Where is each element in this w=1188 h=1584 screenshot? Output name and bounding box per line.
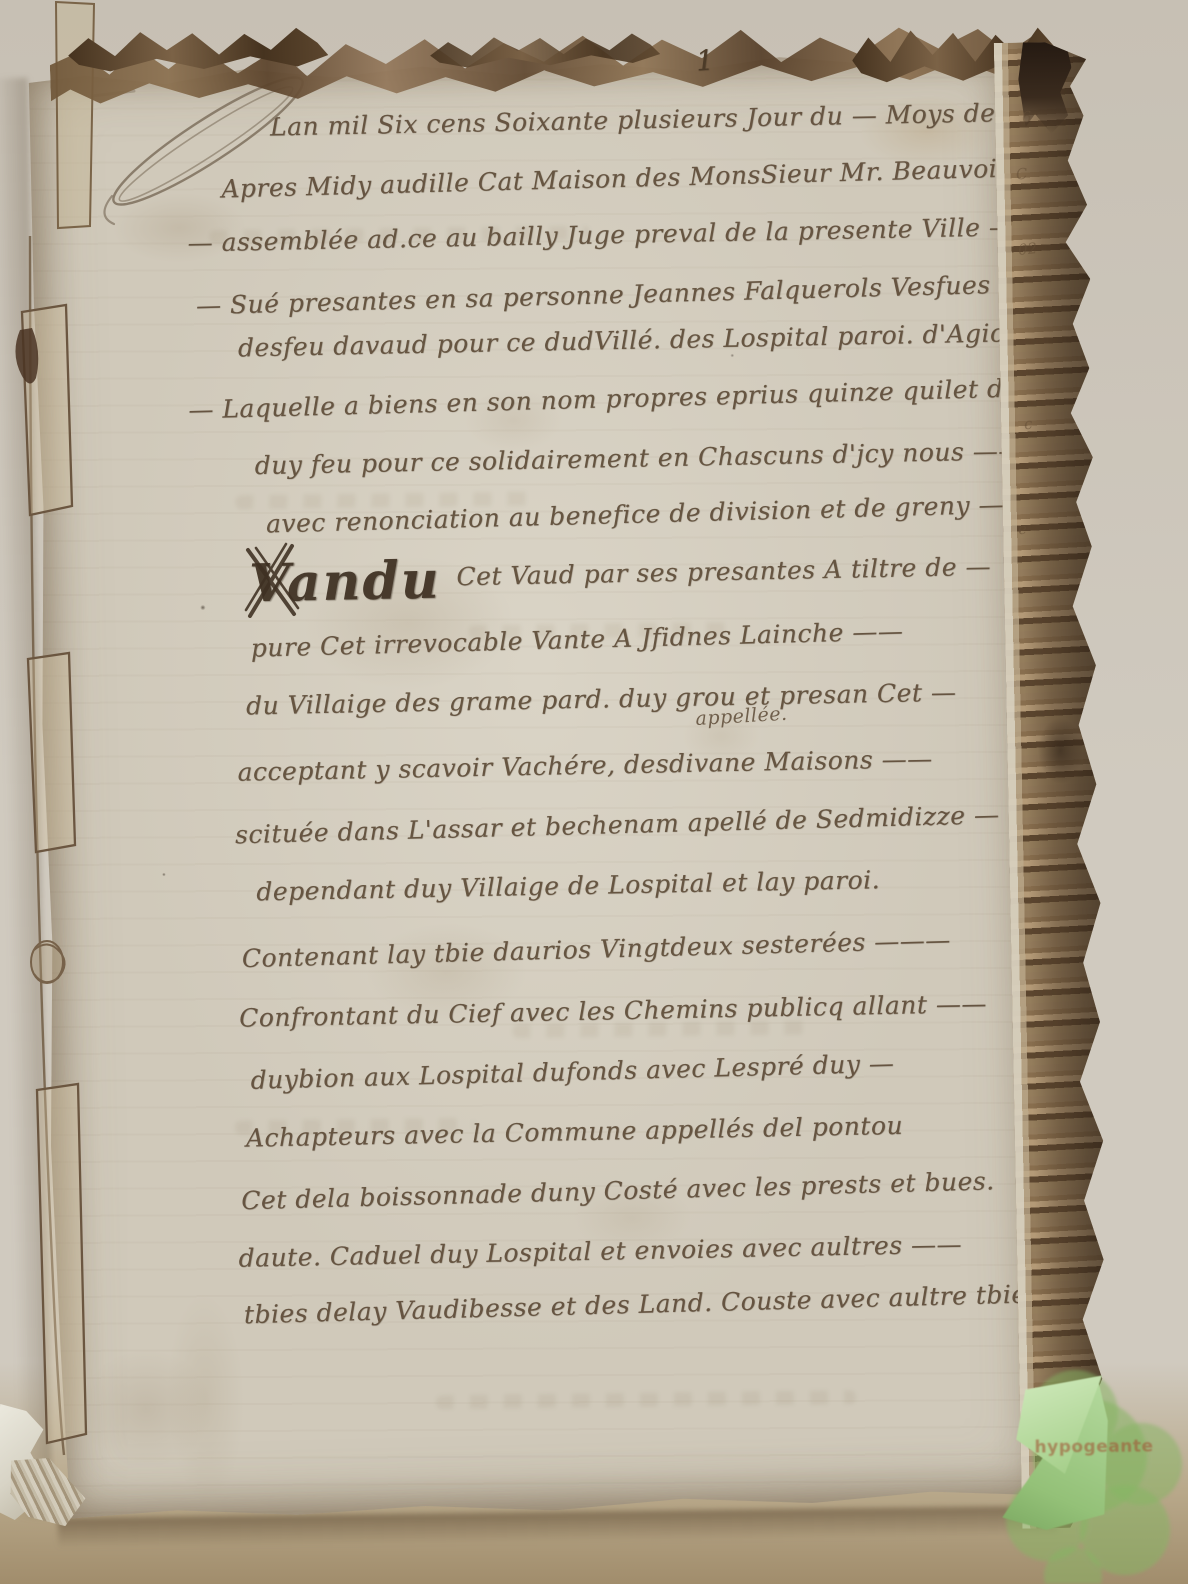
manuscript-photo: Lan mil Six cens Soixante plusieurs Jour… xyxy=(0,0,1188,1584)
watermark-text: hypogeante xyxy=(1024,1436,1164,1457)
handwritten-line: du Villaige des grame pard. duy grou et … xyxy=(246,678,957,721)
handwriting-block: Lan mil Six cens Soixante plusieurs Jour… xyxy=(26,49,1051,1523)
handwritten-line: Apres Midy audille Cat Maison des MonsSi… xyxy=(221,154,1010,204)
handwritten-line: Achapteurs avec la Commune appellés del … xyxy=(246,1111,904,1153)
handwritten-line: — assemblée ad.ce au bailly Juge preval … xyxy=(187,212,1014,257)
handwritten-line: tbies delay Vaudibesse et des Land. Cous… xyxy=(244,1280,1027,1330)
handwritten-line: scituée dans L'assar et bechenam apellé … xyxy=(235,800,1000,849)
handwritten-line: Cet dela boissonnade duny Costé avec les… xyxy=(241,1166,995,1215)
handwritten-line: daute. Caduel duy Lospital et envoies av… xyxy=(238,1230,962,1273)
handwritten-line: — Sué presantes en sa personne Jeannes F… xyxy=(196,269,1051,321)
fore-edge-mark: 6 xyxy=(1021,108,1032,127)
handwritten-line: dependant duy Villaige de Lospital et la… xyxy=(256,865,880,906)
interline-note: appellée. xyxy=(695,703,788,730)
page-bottom-shadow xyxy=(58,1506,1058,1548)
vandu-heading-line: VanduCet Vaud par ses presantes A tiltre… xyxy=(249,539,992,614)
fore-edge-mark: c xyxy=(1023,415,1033,434)
book-page: Lan mil Six cens Soixante plusieurs Jour… xyxy=(26,49,1051,1523)
handwritten-line: Confrontant du Cief avec les Chemins pub… xyxy=(239,989,987,1033)
fore-edge-mark: C xyxy=(1015,164,1028,183)
handwritten-line: Contenant lay tbie daurios Vingtdeux ses… xyxy=(241,925,951,973)
handwritten-line: pure Cet irrevocable Vante A Jfidnes Lai… xyxy=(250,616,903,662)
handwritten-line: avec renonciation au benefice de divisio… xyxy=(266,490,1005,539)
handwritten-line: desfeu davaud pour ce dudVillé. des Losp… xyxy=(238,318,1023,362)
handwritten-line: duybion aux Lospital dufonds avec Lespré… xyxy=(250,1049,894,1095)
handwritten-line: — Laquelle a biens en son nom propres ep… xyxy=(188,372,1081,425)
fore-edge-mark: 02 xyxy=(1017,239,1038,259)
handwritten-line: acceptant y scavoir Vachére, desdivane M… xyxy=(237,744,933,787)
heading-rest: Cet Vaud par ses presantes A tiltre de — xyxy=(456,552,991,591)
page-number: 1 xyxy=(695,43,715,77)
handwritten-line: duy feu pour ce solidairement en Chascun… xyxy=(254,436,1024,480)
vandu-word: Vandu xyxy=(249,550,441,615)
fore-edge-mark: e xyxy=(1017,520,1028,539)
